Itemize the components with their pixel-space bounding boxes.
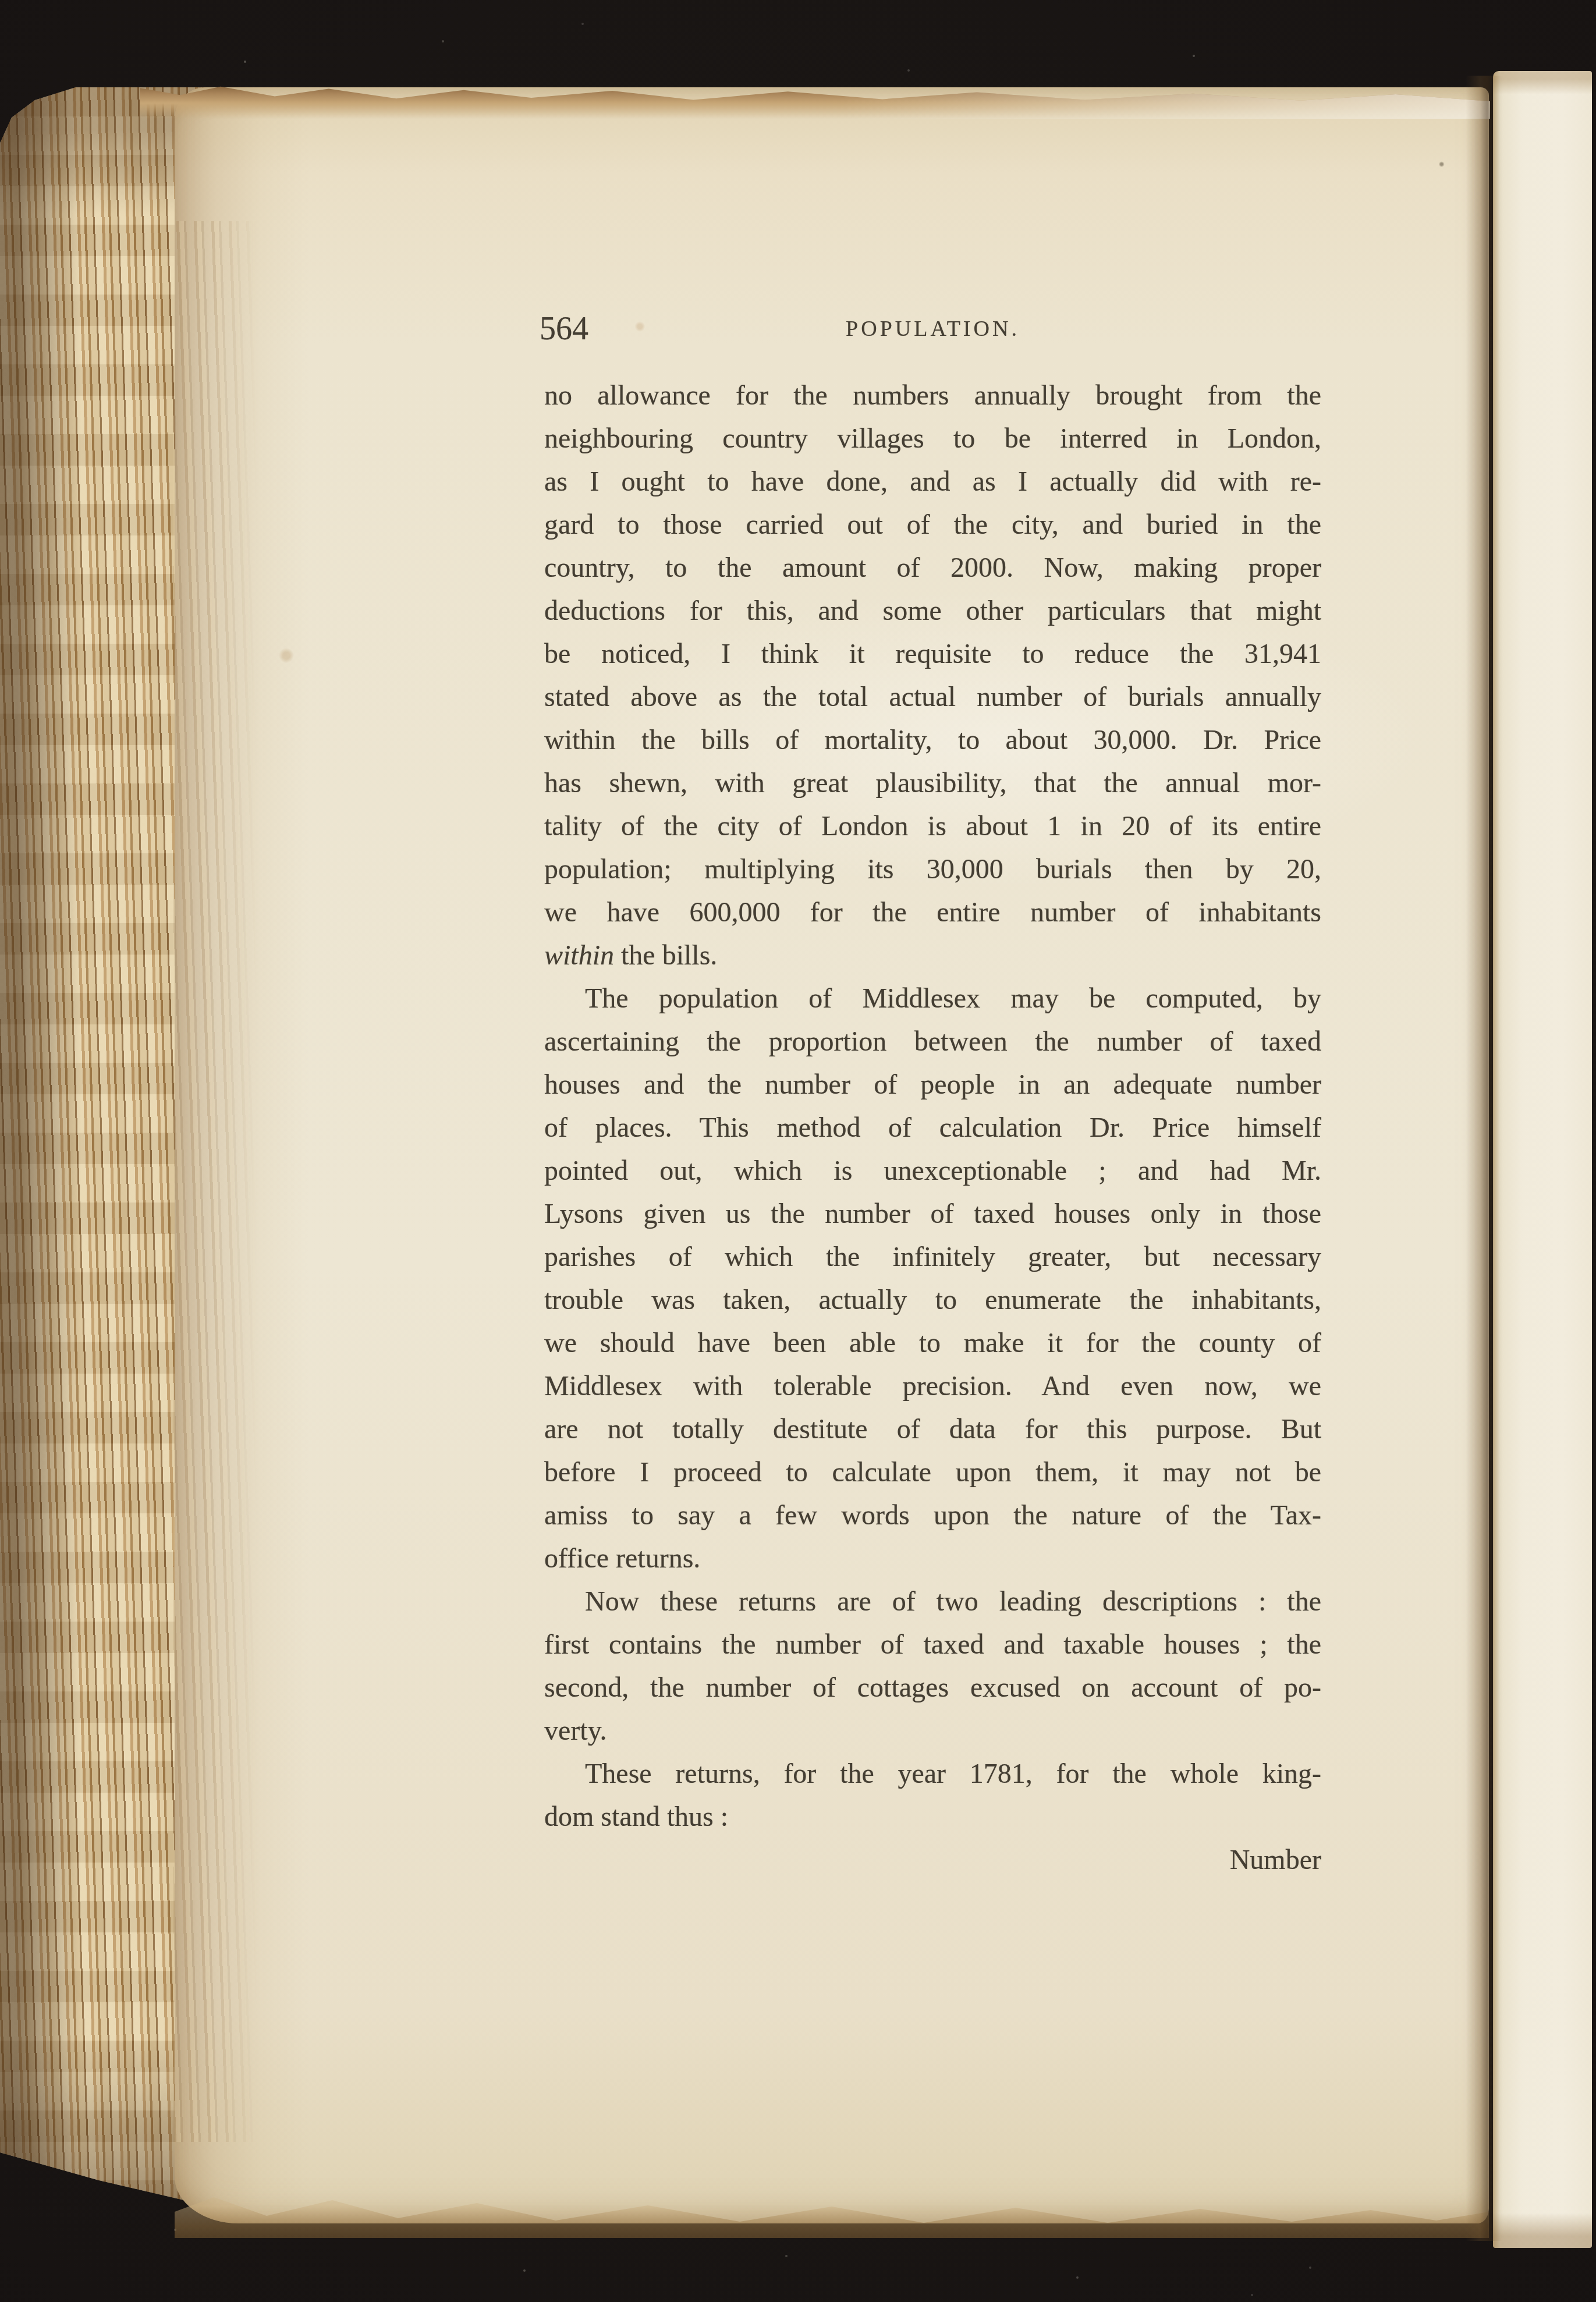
page-number: 564: [540, 311, 588, 347]
text-line: we have 600,000 for the entire number of…: [544, 891, 1321, 934]
text-line: trouble was taken, actually to enumerate…: [544, 1279, 1321, 1322]
text-line: verty.: [544, 1709, 1321, 1753]
text-span: the bills.: [614, 940, 717, 971]
text-line: second, the number of cottages excused o…: [544, 1666, 1321, 1709]
text-line: as I ought to have done, and as I actual…: [544, 460, 1321, 503]
text-line: amiss to say a few words upon the nature…: [544, 1494, 1321, 1537]
text-line: we should have been able to make it for …: [544, 1322, 1321, 1365]
text-line: Now these returns are of two leading des…: [544, 1580, 1321, 1623]
text-line: parishes of which the infinitely greater…: [544, 1236, 1321, 1279]
text-line: population; multiplying its 30,000 buria…: [544, 848, 1321, 891]
text-line: houses and the number of people in an ad…: [544, 1063, 1321, 1106]
paragraph-4: These returns, for the year 1781, for th…: [544, 1753, 1321, 1839]
text-line: within the bills.: [544, 934, 1321, 977]
text-line: are not totally destitute of data for th…: [544, 1408, 1321, 1451]
text-line: before I proceed to calculate upon them,…: [544, 1451, 1321, 1494]
page-left-deckle-edge: [173, 221, 261, 2142]
text-line: be noticed, I think it requisite to redu…: [544, 633, 1321, 676]
text-line: has shewn, with great plausibility, that…: [544, 762, 1321, 805]
text-line: no allowance for the numbers annually br…: [544, 374, 1321, 417]
text-line: The population of Middlesex may be compu…: [544, 977, 1321, 1020]
text-line: neighbouring country villages to be inte…: [544, 417, 1321, 460]
text-line: Lysons given us the number of taxed hous…: [544, 1193, 1321, 1236]
italic-word: within: [544, 940, 614, 971]
text-line: deductions for this, and some other part…: [544, 590, 1321, 633]
text-line: These returns, for the year 1781, for th…: [544, 1753, 1321, 1796]
text-line: ascertaining the proportion between the …: [544, 1020, 1321, 1063]
catchword: Number: [544, 1839, 1321, 1882]
text-line: pointed out, which is unexceptionable ; …: [544, 1150, 1321, 1193]
text-line: first contains the number of taxed and t…: [544, 1623, 1321, 1666]
paragraph-1: no allowance for the numbers annually br…: [544, 374, 1321, 977]
photo-background: 564 POPULATION. no allowance for the num…: [0, 0, 1596, 2302]
text-line: country, to the amount of 2000. Now, mak…: [544, 547, 1321, 590]
text-line: within the bills of mortality, to about …: [544, 719, 1321, 762]
page-header: 564 POPULATION.: [544, 311, 1321, 374]
paragraph-2: The population of Middlesex may be compu…: [544, 977, 1321, 1580]
text-line: Middlesex with tolerable precision. And …: [544, 1365, 1321, 1408]
running-head: POPULATION.: [544, 311, 1321, 342]
text-line: office returns.: [544, 1537, 1321, 1580]
facing-page-edge: [1493, 71, 1592, 2248]
paragraph-3: Now these returns are of two leading des…: [544, 1580, 1321, 1753]
text-line: dom stand thus :: [544, 1796, 1321, 1839]
text-line: tality of the city of London is about 1 …: [544, 805, 1321, 848]
printed-text-column: 564 POPULATION. no allowance for the num…: [544, 311, 1321, 1882]
text-line: of places. This method of calculation Dr…: [544, 1106, 1321, 1150]
dust-specks: [0, 0, 1, 1]
gutter-shadow: [1466, 76, 1503, 2241]
text-line: gard to those carried out of the city, a…: [544, 503, 1321, 547]
text-line: stated above as the total actual number …: [544, 676, 1321, 719]
